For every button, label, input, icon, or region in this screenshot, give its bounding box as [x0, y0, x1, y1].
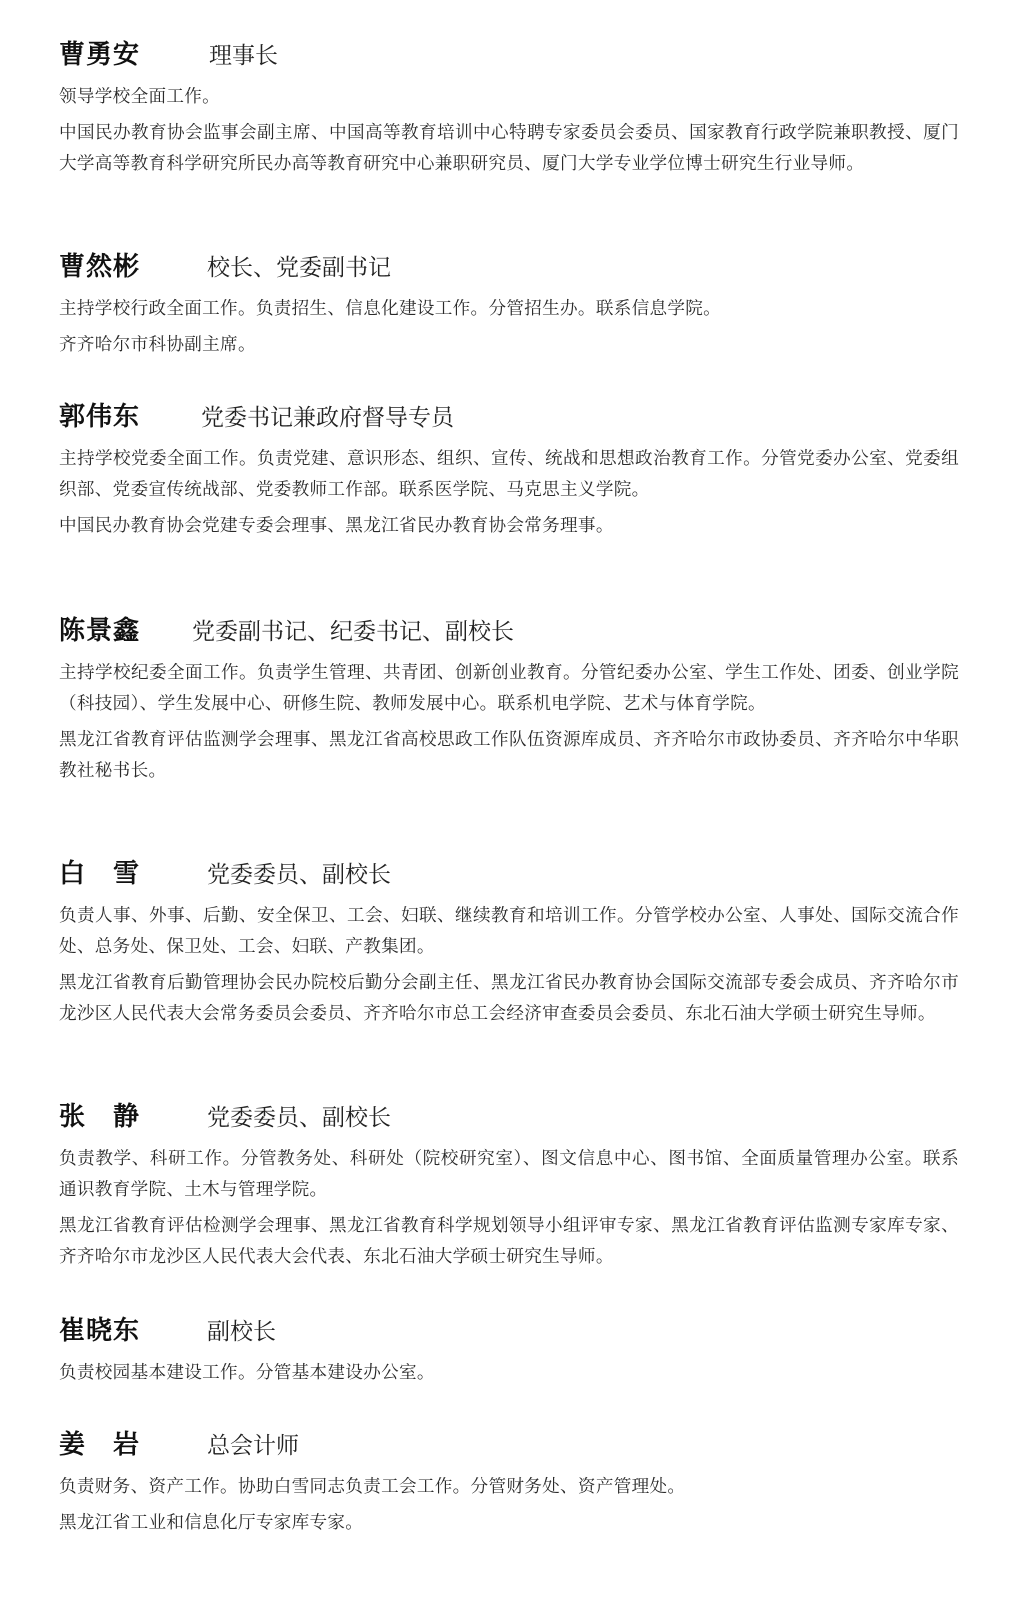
leader-duties: 负责教学、科研工作。分管教务处、科研处（院校研究室）、图文信息中心、图书馆、全面…: [59, 1144, 959, 1206]
leader-affiliations: 黑龙江省教育评估监测学会理事、黑龙江省高校思政工作队伍资源库成员、齐齐哈尔市政协…: [59, 725, 959, 787]
leader-name: 曹勇安: [59, 34, 209, 71]
leader-title: 党委委员、副校长: [207, 856, 391, 889]
leader-heading: 白 雪 党委委员、副校长: [59, 853, 959, 893]
leader-heading: 张 静 党委委员、副校长: [59, 1096, 959, 1136]
leader-duties: 负责校园基本建设工作。分管基本建设办公室。: [59, 1358, 959, 1389]
leader-entry: 姜 岩 总会计师 负责财务、资产工作。协助白雪同志负责工会工作。分管财务处、资产…: [59, 1424, 959, 1539]
leader-title: 党委书记兼政府督导专员: [201, 399, 454, 432]
leader-duties: 领导学校全面工作。: [59, 82, 959, 113]
leader-title: 理事长: [209, 37, 278, 70]
leader-name: 郭伟东: [59, 396, 201, 433]
leader-entry: 崔晓东 副校长 负责校园基本建设工作。分管基本建设办公室。: [59, 1310, 959, 1389]
leader-title: 副校长: [207, 1313, 276, 1346]
leader-entry: 白 雪 党委委员、副校长 负责人事、外事、后勤、安全保卫、工会、妇联、继续教育和…: [59, 853, 959, 1030]
leader-entry: 曹然彬 校长、党委副书记 主持学校行政全面工作。负责招生、信息化建设工作。分管招…: [59, 246, 959, 361]
leader-name: 陈景鑫: [59, 610, 192, 647]
leader-name: 白 雪: [59, 853, 207, 890]
leader-entry: 曹勇安 理事长 领导学校全面工作。 中国民办教育协会监事会副主席、中国高等教育培…: [59, 34, 959, 180]
leader-duties: 负责人事、外事、后勤、安全保卫、工会、妇联、继续教育和培训工作。分管学校办公室、…: [59, 901, 959, 963]
leader-title: 党委委员、副校长: [207, 1099, 391, 1132]
leader-name: 崔晓东: [59, 1310, 207, 1347]
leader-title: 总会计师: [207, 1427, 299, 1460]
leadership-document: 曹勇安 理事长 领导学校全面工作。 中国民办教育协会监事会副主席、中国高等教育培…: [0, 0, 1024, 1612]
leader-name: 姜 岩: [59, 1424, 207, 1461]
leader-affiliations: 黑龙江省工业和信息化厅专家库专家。: [59, 1508, 959, 1539]
leader-name: 张 静: [59, 1096, 207, 1133]
leader-entry: 陈景鑫 党委副书记、纪委书记、副校长 主持学校纪委全面工作。负责学生管理、共青团…: [59, 610, 959, 787]
leader-affiliations: 齐齐哈尔市科协副主席。: [59, 330, 959, 361]
leader-affiliations: 中国民办教育协会监事会副主席、中国高等教育培训中心特聘专家委员会委员、国家教育行…: [59, 118, 959, 180]
leader-affiliations: 黑龙江省教育后勤管理协会民办院校后勤分会副主任、黑龙江省民办教育协会国际交流部专…: [59, 968, 959, 1030]
leader-heading: 崔晓东 副校长: [59, 1310, 959, 1350]
leader-name: 曹然彬: [59, 246, 207, 283]
leader-affiliations: 中国民办教育协会党建专委会理事、黑龙江省民办教育协会常务理事。: [59, 511, 959, 542]
leader-heading: 陈景鑫 党委副书记、纪委书记、副校长: [59, 610, 959, 650]
leader-entry: 郭伟东 党委书记兼政府督导专员 主持学校党委全面工作。负责党建、意识形态、组织、…: [59, 396, 959, 542]
leader-duties: 主持学校纪委全面工作。负责学生管理、共青团、创新创业教育。分管纪委办公室、学生工…: [59, 658, 959, 720]
leader-entry: 张 静 党委委员、副校长 负责教学、科研工作。分管教务处、科研处（院校研究室）、…: [59, 1096, 959, 1273]
leader-heading: 姜 岩 总会计师: [59, 1424, 959, 1464]
leader-heading: 曹然彬 校长、党委副书记: [59, 246, 959, 286]
leader-title: 党委副书记、纪委书记、副校长: [192, 613, 514, 646]
leader-duties: 主持学校党委全面工作。负责党建、意识形态、组织、宣传、统战和思想政治教育工作。分…: [59, 444, 959, 506]
leader-title: 校长、党委副书记: [207, 249, 391, 282]
leader-affiliations: 黑龙江省教育评估检测学会理事、黑龙江省教育科学规划领导小组评审专家、黑龙江省教育…: [59, 1211, 959, 1273]
leader-heading: 曹勇安 理事长: [59, 34, 959, 74]
leader-duties: 负责财务、资产工作。协助白雪同志负责工会工作。分管财务处、资产管理处。: [59, 1472, 959, 1503]
leader-duties: 主持学校行政全面工作。负责招生、信息化建设工作。分管招生办。联系信息学院。: [59, 294, 959, 325]
leader-heading: 郭伟东 党委书记兼政府督导专员: [59, 396, 959, 436]
